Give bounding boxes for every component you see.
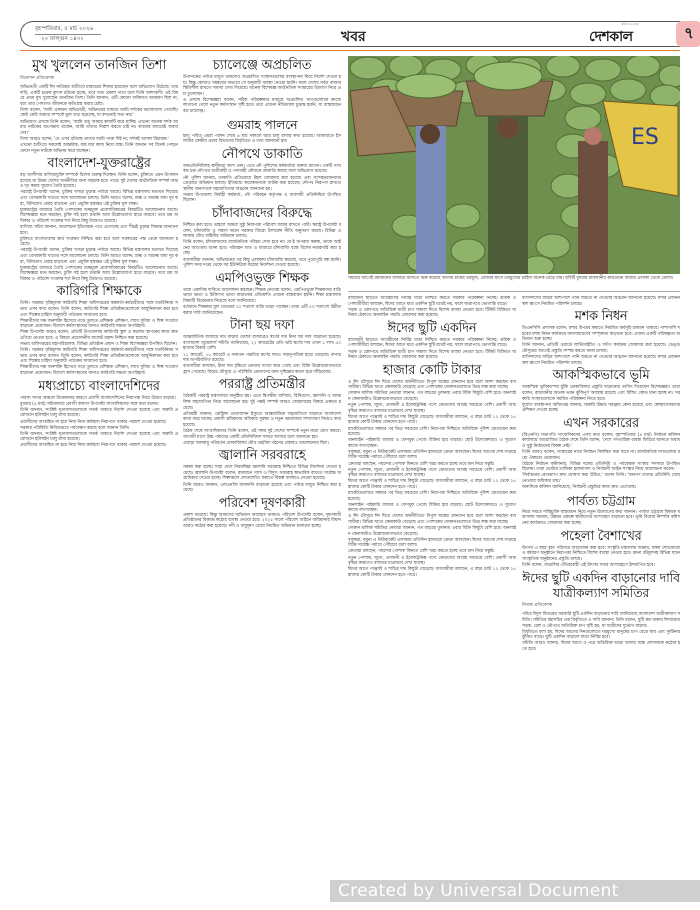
headline: পররাষ্ট্র প্রতিমন্ত্রীর bbox=[183, 377, 341, 392]
article-body: আন্তর্জাতিক বাজারে দাম বাড়ায় দেশের বাজ… bbox=[183, 335, 341, 375]
article-middle-east: মধ্যপ্রাচ্যে বাংলাদেশিদের পারস্য সাগর অঞ… bbox=[20, 379, 178, 449]
paragraph: তিনি জানান, প্রতিটি ওয়ার্ডে লার্ভিসাইডি… bbox=[522, 343, 680, 354]
article-body: রাজধানী ছাড়তে আগ্রহীদের নির্বিঘ্ন যাত্র… bbox=[348, 338, 516, 361]
paragraph: সভায় অধিদপ্তরের মহাপরিচালক, বিভিন্ন প্র… bbox=[20, 342, 178, 348]
paragraph: ঈদের আগে পাঞ্জাবি ও শাড়ির দাম কিছুটা বে… bbox=[348, 415, 516, 426]
paragraph: তিনি জানান, সংশ্লিষ্ট দূতাবাসগুলোকে সতর্… bbox=[20, 432, 178, 443]
paragraph: ঈদের আগে পাঞ্জাবি ও শাড়ির দাম কিছুটা বে… bbox=[348, 479, 516, 490]
column-3: রাজধানী ছাড়তে আগ্রহীদের নির্বিঘ্ন যাত্র… bbox=[348, 296, 516, 896]
column-1: মুখ খুললেন তানজিন তিশা বিনোদন প্রতিবেদক … bbox=[20, 56, 178, 896]
paragraph: বৈঠকটি পররাষ্ট্র মন্ত্রণালয়ে অনুষ্ঠিত হ… bbox=[183, 394, 341, 411]
paragraph: বড় অংশীদার বাণিজ্যচুক্তি সম্পর্কে বিশেষ… bbox=[20, 173, 178, 190]
date-bengali: ২০ ফাল্গুন ১৪৩২ bbox=[35, 35, 101, 44]
byline: নিজস্ব প্রতিবেদক bbox=[522, 602, 680, 609]
headline: পরিবেশ দূষণকারী bbox=[183, 496, 341, 511]
header-divider bbox=[20, 50, 680, 51]
paragraph: তিনি। সরকার বৃত্তিমূলক কারিগরি শিক্ষা অধ… bbox=[20, 348, 178, 365]
headline: হাজার কোটি টাকার bbox=[348, 363, 516, 378]
paragraph: তারা একাধিক দাবিতে আন্দোলন করছেন। শিক্ষক… bbox=[183, 288, 341, 305]
paragraph: বৈঠক শেষে সাংবাদিকদের তিনি বলেন, এই সফর … bbox=[183, 429, 341, 440]
article-body: তিনি। সরকার বৃত্তিমূলক কারিগরি শিক্ষা অধ… bbox=[20, 301, 178, 376]
page-number-badge: ৭ bbox=[676, 21, 700, 47]
paragraph: অভিযোগ প্রসঙ্গে তিনি বলেন, 'আমি শুধু আমা… bbox=[20, 120, 178, 137]
headline: ঈদের ছুটি একদিন bbox=[348, 321, 516, 336]
paragraph: প্রতিমন্ত্রী জানান, রোহিঙ্গা প্রত্যাবাসন… bbox=[183, 412, 341, 429]
article-gumrah: গুমরাহ পালনে হল। পবিত্র এমরা পালন শেষে ৬… bbox=[183, 117, 341, 145]
paragraph: নিয়ে সমতে শান্তিচুক্তি বাস্তবায়ন নিয়ে… bbox=[522, 510, 680, 527]
paragraph: অন্যদিকে কমিশন জানিয়েছে, নির্বাচনী প্রস… bbox=[522, 485, 680, 491]
paragraph: এ প্রসঙ্গে বিশেষজ্ঞরা বলেন, সঠিক পরিকল্প… bbox=[183, 98, 341, 115]
headline: নৌপথে ডাকাতি bbox=[183, 147, 341, 162]
headline: পহেলা বৈশাখের bbox=[522, 529, 680, 544]
article-polluters: পরিবেশ দূষণকারী প্রকাশ করেছে। কিন্তু আমা… bbox=[183, 496, 341, 530]
article-body: সমন্বয় করা হচ্ছে। সারা দেশে নিরবচ্ছিন্ন… bbox=[183, 465, 341, 493]
paragraph: এছাড়া জলবায়ু পরিবর্তন মোকাবিলায় যৌথ ত… bbox=[183, 441, 341, 447]
news-photo-watermelon-market: ES bbox=[348, 56, 680, 274]
headline: জ্বালানি সরবরাহে bbox=[183, 448, 341, 463]
paragraph: অনলাইন পাইকারি বাজার ও ফেসবুক পেজে বিক্র… bbox=[348, 438, 516, 449]
paragraph: সরকার পরিস্থিতি নিবিড়ভাবে পর্যবেক্ষণ কর… bbox=[20, 426, 178, 432]
paragraph: বিবৃতিতে বলা হয়, ঈদের আগের দিনগুলোতে ঘর… bbox=[522, 630, 680, 641]
article-eid-holiday: ঈদের ছুটি একদিন রাজধানী ছাড়তে আগ্রহীদের… bbox=[348, 321, 516, 361]
article-foreign-state-minister: পররাষ্ট্র প্রতিমন্ত্রীর বৈঠকটি পররাষ্ট্র… bbox=[183, 377, 341, 446]
paragraph: তিনি বলেন, বাঙালির ঐতিহ্যবাহী এই উৎসব সব… bbox=[522, 563, 680, 569]
issue-date: বৃহস্পতিবার, ৫ মার্চ ২০২৬ ২০ ফাল্গুন ১৪৩… bbox=[35, 25, 101, 44]
paragraph: অনলাইন পাইকারি বাজার ও ফেসবুক পেজে বিক্র… bbox=[348, 503, 516, 514]
paragraph: পবিত্র ঈদুল ফিতরের সরকারি ছুটি একদিন বাড… bbox=[522, 612, 680, 629]
paragraph: রাজধানী ছাড়তে আগ্রহীদের নির্বিঘ্ন যাত্র… bbox=[348, 296, 516, 307]
paragraph: সড়ক ও রেলপথে অতিরিক্ত যাত্রী চাপ সামাল … bbox=[348, 308, 516, 319]
paragraph: এ ঈদ মৌসুমে ঈদ ঘিরে দেশের অর্থনীতিতে বিপ… bbox=[348, 514, 516, 525]
article-body: আকস্মিক ভূমিকম্পের ঝুঁকি মোকাবিলায় প্রস… bbox=[522, 385, 680, 413]
paragraph: মার্কেটগুলোতে সন্ধ্যার পর ভিড় সবচেয়ে ব… bbox=[348, 427, 516, 438]
paragraph: তিনি আরও জানান, এলএনজি আমদানি বাড়ানো হয… bbox=[183, 483, 341, 494]
svg-text:ES: ES bbox=[631, 125, 659, 150]
paragraph: বৈঠকে নির্বাচন কমিশনার, বিভিন্ন দলের প্র… bbox=[522, 462, 680, 473]
headline: পার্বত্য চট্টগ্রাম bbox=[522, 493, 680, 508]
headline: কারিগরি শিক্ষাকে bbox=[20, 284, 178, 299]
paragraph: তিনি আরও বলেন, সংস্কারের নামে নির্বাচন ব… bbox=[522, 450, 680, 461]
article-bd-us: বাংলাদেশ-যুক্তরাষ্ট্রের বড় অংশীদার বাণি… bbox=[20, 156, 178, 282]
paragraph: জনপ্রতিনিধিসহ স্থানীয়রা অংশ নেন। এতে নৌ… bbox=[183, 164, 341, 175]
headline: এখন সরকারের bbox=[522, 416, 680, 431]
paragraph: এ ঈদ মৌসুমে ঈদ ঘিরে দেশের অর্থনীতিতে বিপ… bbox=[348, 380, 516, 391]
paragraph: নতুন পোশাক, জুতা, প্রসাধনী ও ইলেকট্রনিক্… bbox=[348, 403, 516, 414]
paragraph: সমিতি আরও জানায়, ঈদের আগে ও পরে অতিরিক্… bbox=[522, 641, 680, 652]
paragraph: তিনি বলেন, চাঁদাবাজদের রাজনৈতিক পরিচয় দ… bbox=[183, 240, 341, 257]
watermelon-photo-image: ES bbox=[348, 56, 680, 274]
paragraph: বসুন্ধরা, যমুনা ও নিউমার্কেট এলাকায় প্র… bbox=[348, 450, 516, 461]
paragraph: সভায় উপজেলা নির্বাহী কর্মকর্তা, নৌ পরিব… bbox=[183, 193, 341, 204]
paragraph: শিক্ষার্থীদের দক্ষ জনশক্তি হিসেবে গড়ে ত… bbox=[20, 319, 178, 330]
article-body: (বিএনপি) সভাপতি সাংবাদিকদের এসব কথা বলেন… bbox=[522, 433, 680, 491]
paragraph: তিশা আরও বলেন, 'যে এসব রটাচ্ছে তাদের আমি… bbox=[20, 137, 178, 143]
paragraph: প্রবাসীদের আতঙ্কিত না হয়ে নিজ নিজ কর্মস… bbox=[20, 420, 178, 426]
article-body: তারা একাধিক দাবিতে আন্দোলন করছেন। শিক্ষক… bbox=[183, 288, 341, 316]
headline: মধ্যপ্রাচ্যে বাংলাদেশিদের bbox=[20, 379, 178, 394]
paragraph: ২১ ক্যারেট, ১৮ ক্যারেট ও সনাতন পদ্ধতির স… bbox=[183, 353, 341, 364]
article-technical-education: কারিগরি শিক্ষাকে তিনি। সরকার বৃত্তিমূলক … bbox=[20, 284, 178, 376]
article-river-robbery: নৌপথে ডাকাতি জনপ্রতিনিধিসহ স্থানীয়রা অং… bbox=[183, 147, 341, 204]
paragraph: বর্তমানে শিক্ষকরা মূল বেতনের ২০ শতাংশ বা… bbox=[183, 305, 341, 316]
headline: বাংলাদেশ-যুক্তরাষ্ট্রের bbox=[20, 156, 178, 171]
paragraph: শিক্ষার্থীদের দক্ষ জনশক্তি হিসেবে গড়ে ত… bbox=[20, 365, 178, 376]
article-mosquito-control: মশক নিধন ডিএনসিসি প্রশাসক বলেন, মশার উপদ… bbox=[522, 309, 680, 366]
article-body: বৈঠকটি পররাষ্ট্র মন্ত্রণালয়ে অনুষ্ঠিত হ… bbox=[183, 394, 341, 446]
paragraph: তিশা বলেন, 'আমি একজন অভিনেত্রী, অভিনয়ের… bbox=[20, 108, 178, 119]
article-body: নিয়ে সমতে শান্তিচুক্তি বাস্তবায়ন নিয়ে… bbox=[522, 510, 680, 527]
section-title: খবর bbox=[341, 25, 366, 49]
paragraph: মার্কেটগুলোতে সন্ধ্যার পর ভিড় সবচেয়ে ব… bbox=[348, 491, 516, 502]
paragraph: নতুন পোশাক, জুতা, প্রসাধনী ও ইলেকট্রনিক্… bbox=[348, 468, 516, 479]
headline: মশক নিধন bbox=[522, 309, 680, 324]
paragraph: বাণিজ্য সচিব জানান, আলোচনা ইতিবাচক পথে এ… bbox=[20, 225, 178, 236]
paragraph: হল। পবিত্র এমরা পালন শেষে ৬ মার্চ সকালে … bbox=[183, 134, 341, 145]
paragraph: পারস্য সাগর অঞ্চলে উত্তেজনার কারণে প্রবা… bbox=[20, 396, 178, 402]
headline: গুমরাহ পালনে bbox=[183, 117, 341, 132]
paragraph: প্রবাসীদের আতঙ্কিত না হয়ে নিজ নিজ কর্মস… bbox=[20, 443, 178, 449]
paragraph: তিনি। সরকার বৃত্তিমূলক কারিগরি শিক্ষা অধ… bbox=[20, 301, 178, 318]
newspaper-logo: দেশকাল bbox=[589, 25, 633, 49]
paragraph: নিশ্চিত করা হবে। তাহলে আমরা সুষ্ঠু নিরাপ… bbox=[183, 223, 341, 240]
caption-divider bbox=[348, 291, 680, 292]
paragraph: পররাষ্ট্র উপদেষ্টা বলেন, চুক্তির খসড়া চ… bbox=[20, 190, 178, 207]
paragraph: যুক্তরাষ্ট্রের বাজারে তৈরি পোশাকের শুল্ক… bbox=[20, 266, 178, 283]
article-body: ডিএনসিসি প্রশাসক বলেন, মশার উপদ্রব কমাতে… bbox=[522, 326, 680, 366]
masthead: বৃহস্পতিবার, ৫ মার্চ ২০২৬ ২০ ফাল্গুন ১৪৩… bbox=[20, 21, 680, 47]
paragraph: নতুন পোশাক, জুতা, প্রসাধনী ও ইলেকট্রনিক্… bbox=[348, 556, 516, 567]
paragraph: বাসিন্দাদের বাড়ির আশপাশে পানি জমতে না দ… bbox=[522, 355, 680, 366]
headline: আকস্মিকভাবে ভূমি bbox=[522, 368, 680, 383]
paragraph: উৎসব এ বছর বৃহৎ পরিসরে আয়োজন করা হবে। স… bbox=[522, 546, 680, 563]
paragraph: ঈদের আগে পাঞ্জাবি ও শাড়ির দাম কিছুটা বে… bbox=[348, 567, 516, 578]
article-pohela-boishakh: পহেলা বৈশাখের উৎসব এ বছর বৃহৎ পরিসরে আয়… bbox=[522, 529, 680, 569]
paragraph: ক্রেতারা বলছেন, পছন্দের পোশাক কিনতে বেশি… bbox=[348, 462, 516, 468]
paragraph: সমন্বয় করা হচ্ছে। সারা দেশে নিরবচ্ছিন্ন… bbox=[183, 465, 341, 482]
paragraph: সড়ক ও রেলপথে অতিরিক্ত যাত্রী চাপ সামাল … bbox=[348, 350, 516, 361]
article-energy-supply: জ্বালানি সরবরাহে সমন্বয় করা হচ্ছে। সারা… bbox=[183, 448, 341, 493]
article-six-times: টানা ছয় দফা আন্তর্জাতিক বাজারে দাম বাড়… bbox=[183, 318, 341, 375]
date-gregorian: বৃহস্পতিবার, ৫ মার্চ ২০২৬ bbox=[35, 25, 101, 35]
paragraph: শিক্ষা উপদেষ্টা আরও বলেন, প্রতিটি উপজেলা… bbox=[20, 330, 178, 341]
paragraph: আকস্মিক ভূমিকম্পের ঝুঁকি মোকাবিলায় প্রস… bbox=[522, 385, 680, 402]
paragraph: 'নির্বাচনের রোডম্যাপ দ্রুত ঘোষণা করা উচি… bbox=[522, 473, 680, 484]
column-4: বাসিন্দাদের বাড়ির আশপাশে পানি জমতে না দ… bbox=[522, 296, 680, 876]
article-sudden-land: আকস্মিকভাবে ভূমি আকস্মিক ভূমিকম্পের ঝুঁক… bbox=[522, 368, 680, 413]
article-mpo-teachers: এমপিওভুক্ত শিক্ষক তারা একাধিক দাবিতে আন্… bbox=[183, 271, 341, 316]
article-body-continued: রাজধানী ছাড়তে আগ্রহীদের নির্বিঘ্ন যাত্র… bbox=[348, 296, 516, 319]
paragraph: চুক্তিতে বাংলাদেশের স্বার্থ সংরক্ষণ নিশ্… bbox=[20, 237, 178, 248]
headline: চ্যালেঞ্জে অপ্রচলিত bbox=[183, 58, 341, 73]
article-body: পবিত্র ঈদুল ফিতরের সরকারি ছুটি একদিন বাড… bbox=[522, 612, 680, 652]
paragraph: বাসিন্দাদের বাড়ির আশপাশে পানি জমতে না দ… bbox=[522, 296, 680, 307]
article-body: হল। পবিত্র এমরা পালন শেষে ৬ মার্চ সকালে … bbox=[183, 134, 341, 145]
converter-watermark: Created by Universal Document Converter bbox=[330, 880, 700, 902]
paragraph: যুক্তরাষ্ট্রের বাজারে তৈরি পোশাকের শুল্ক… bbox=[20, 208, 178, 225]
article-body: বড় অংশীদার বাণিজ্যচুক্তি সম্পর্কে বিশেষ… bbox=[20, 173, 178, 282]
headline: চাঁদাবাজদের বিরুদ্ধে bbox=[183, 206, 341, 221]
paragraph: বুধবার (৪ মার্চ) সচিবালয়ে প্রবাসী কল্যা… bbox=[20, 402, 178, 408]
article-body: অভিনেত্রী একটি ঈদ নাটকের শুটিংয়ে মারধরে… bbox=[20, 85, 178, 154]
headline: এমপিওভুক্ত শিক্ষক bbox=[183, 271, 341, 286]
article-tanjin-tisha: মুখ খুললেন তানজিন তিশা বিনোদন প্রতিবেদক … bbox=[20, 58, 178, 154]
byline: বিনোদন প্রতিবেদক bbox=[20, 75, 178, 82]
paragraph: নৌ পুলিশ জানায়, ডাকাতি প্রতিরোধে টহল জো… bbox=[183, 176, 341, 193]
paragraph: রাজধানী ছাড়তে আগ্রহীদের নির্বিঘ্ন যাত্র… bbox=[348, 338, 516, 349]
article-extortion: চাঁদাবাজদের বিরুদ্ধে নিশ্চিত করা হবে। তা… bbox=[183, 206, 341, 269]
paragraph: দুর্যোগ ব্যবস্থাপনা অধিদপ্তর জানায়, জরু… bbox=[522, 403, 680, 414]
column-2: চ্যালেঞ্জে অপ্রচলিত উপাদানের পর্যাপ্ত মজ… bbox=[183, 56, 341, 896]
article-body: উপাদানের পর্যাপ্ত মজুত থাকলেও অপ্রচলিত স… bbox=[183, 75, 341, 115]
article-body: পারস্য সাগর অঞ্চলে উত্তেজনার কারণে প্রবা… bbox=[20, 396, 178, 449]
article-body-continued: বাসিন্দাদের বাড়ির আশপাশে পানি জমতে না দ… bbox=[522, 296, 680, 307]
paragraph: পররাষ্ট্র উপদেষ্টা বলেন, চুক্তির খসড়া চ… bbox=[20, 248, 178, 265]
paragraph: ক্রেতারা বলছেন, পছন্দের পোশাক কিনতে বেশি… bbox=[348, 549, 516, 555]
article-body: প্রকাশ করেছে। কিন্তু আমাদের অভিযান অব্যা… bbox=[183, 513, 341, 530]
paragraph: প্রকাশ করেছে। কিন্তু আমাদের অভিযান অব্যা… bbox=[183, 513, 341, 530]
article-body: নিশ্চিত করা হবে। তাহলে আমরা সুষ্ঠু নিরাপ… bbox=[183, 223, 341, 269]
headline: মুখ খুললেন তানজিন তিশা bbox=[20, 58, 178, 73]
paragraph: (বিএনপি) সভাপতি সাংবাদিকদের এসব কথা বলেন… bbox=[522, 433, 680, 450]
article-thousand-crore: হাজার কোটি টাকার এ ঈদ মৌসুমে ঈদ ঘিরে দেশ… bbox=[348, 363, 516, 579]
article-eid-holiday-demand: ঈদের ছুটি একদিন বাড়ানোর দাবি যাত্রীকল্য… bbox=[522, 570, 680, 652]
paragraph: ব্যবসায়ীরা জানান, অভিযানের পর কিছু এলাক… bbox=[183, 258, 341, 269]
article-government-now: এখন সরকারের (বিএনপি) সভাপতি সাংবাদিকদের … bbox=[522, 416, 680, 491]
article-chittagong-hill-tracts: পার্বত্য চট্টগ্রাম নিয়ে সমতে শান্তিচুক্… bbox=[522, 493, 680, 527]
headline: টানা ছয় দফা bbox=[183, 318, 341, 333]
paragraph: দোকান মালিক সমিতির নেতারা জানান, গত বছরে… bbox=[348, 391, 516, 402]
paragraph: ব্যবসায়ীরা বলছেন, টানা দাম বৃদ্ধিতে ক্র… bbox=[183, 364, 341, 375]
article-body: জনপ্রতিনিধিসহ স্থানীয়রা অংশ নেন। এতে নৌ… bbox=[183, 164, 341, 204]
paragraph: এখনো শুটিংয়ে সকলেই আন্তরিক, যার যার কাজ… bbox=[20, 143, 178, 154]
article-unconventional: চ্যালেঞ্জে অপ্রচলিত উপাদানের পর্যাপ্ত মজ… bbox=[183, 58, 341, 115]
paragraph: বসুন্ধরা, যমুনা ও নিউমার্কেট এলাকায় প্র… bbox=[348, 538, 516, 549]
paragraph: উপাদানের পর্যাপ্ত মজুত থাকলেও অপ্রচলিত স… bbox=[183, 75, 341, 97]
article-body: উৎসব এ বছর বৃহৎ পরিসরে আয়োজন করা হবে। স… bbox=[522, 546, 680, 569]
headline: ঈদের ছুটি একদিন বাড়ানোর দাবি যাত্রীকল্য… bbox=[522, 570, 680, 600]
article-body: এ ঈদ মৌসুমে ঈদ ঘিরে দেশের অর্থনীতিতে বিপ… bbox=[348, 380, 516, 579]
photo-caption: সময়ের আগেই রমজানের বাজারে আসতে শুরু করে… bbox=[348, 276, 680, 282]
paragraph: ডিএনসিসি প্রশাসক বলেন, মশার উপদ্রব কমাতে… bbox=[522, 326, 680, 343]
paragraph: তিনি জানান, সংশ্লিষ্ট দূতাবাসগুলোকে সতর্… bbox=[20, 408, 178, 419]
paragraph: আন্তর্জাতিক বাজারে দাম বাড়ায় দেশের বাজ… bbox=[183, 335, 341, 352]
paragraph: দোকান মালিক সমিতির নেতারা জানান, গত বছরে… bbox=[348, 526, 516, 537]
paragraph: অভিনেত্রী একটি ঈদ নাটকের শুটিংয়ে মারধরে… bbox=[20, 85, 178, 107]
